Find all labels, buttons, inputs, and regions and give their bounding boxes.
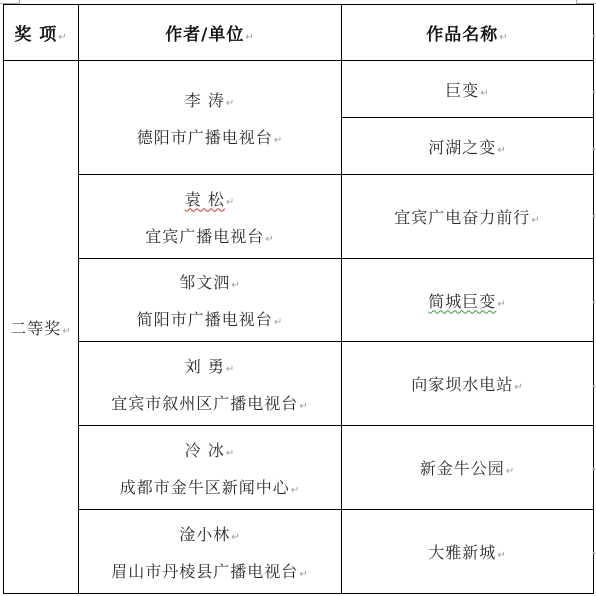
row-end-mark-icon: ↵ [592, 212, 596, 222]
table-row-author: 袁 松↵ 宜宾广播电视台↵ [79, 175, 341, 258]
table-row-work: 河湖之变↵ [342, 118, 593, 174]
paragraph-mark-icon: ↵ [226, 98, 235, 109]
table-row-work: 新金牛公园↵ [342, 426, 593, 509]
paragraph-mark-icon: ↵ [497, 550, 506, 561]
paragraph-mark-icon: ↵ [231, 280, 240, 291]
award-group-cell: 二等奖↵ [4, 61, 78, 593]
table-row-author: 冷 冰↵ 成都市金牛区新闻中心↵ [79, 426, 341, 509]
paragraph-mark-icon: ↵ [265, 234, 274, 245]
row-end-mark-icon: ↵ [592, 32, 596, 42]
table-border-bottom [3, 593, 594, 594]
header-award: 奖 项↵ [4, 5, 78, 60]
paragraph-mark-icon: ↵ [497, 299, 506, 310]
paragraph-mark-icon: ↵ [299, 569, 308, 580]
header-author-unit: 作者/单位↵ [79, 5, 341, 60]
table-row-work: 宜宾广电奋力前行↵ [342, 175, 593, 258]
paragraph-mark-icon: ↵ [514, 382, 523, 393]
table-row-author: 刘 勇↵ 宜宾市叙州区广播电视台↵ [79, 342, 341, 425]
paragraph-mark-icon: ↵ [299, 401, 308, 412]
table-row-author: 淦小林↵ 眉山市丹棱县广播电视台↵ [79, 510, 341, 593]
paragraph-mark-icon: ↵ [274, 317, 283, 328]
table-row-author: 邹文泗↵ 简阳市广播电视台↵ [79, 259, 341, 341]
paragraph-mark-icon: ↵ [497, 145, 506, 156]
paragraph-mark-icon: ↵ [499, 32, 508, 43]
paragraph-mark-icon: ↵ [226, 197, 235, 208]
row-end-mark-icon: ↵ [592, 88, 596, 98]
paragraph-mark-icon: ↵ [226, 448, 235, 459]
paragraph-mark-icon: ↵ [226, 364, 235, 375]
row-end-mark-icon: ↵ [592, 298, 596, 308]
row-end-mark-icon: ↵ [592, 382, 596, 392]
paragraph-mark-icon: ↵ [531, 215, 540, 226]
header-work-title: 作品名称↵ [342, 5, 593, 60]
paragraph-mark-icon: ↵ [231, 532, 240, 543]
paragraph-mark-icon: ↵ [480, 88, 489, 99]
row-end-mark-icon: ↵ [592, 145, 596, 155]
paragraph-mark-icon: ↵ [274, 135, 283, 146]
paragraph-mark-icon: ↵ [58, 32, 67, 43]
awards-table: 奖 项↵ 作者/单位↵ 作品名称↵ 二等奖↵ 李 涛↵ 德阳市广播电视台↵ 巨变… [3, 4, 594, 594]
paragraph-mark-icon: ↵ [245, 32, 254, 43]
table-row-work: 巨变↵ [342, 61, 593, 117]
row-end-mark-icon: ↵ [592, 465, 596, 475]
table-row-author: 李 涛↵ 德阳市广播电视台↵ [79, 61, 341, 174]
table-row-work: 大雅新城↵ [342, 510, 593, 593]
table-row-work: 简城巨变↵ [342, 259, 593, 341]
paragraph-mark-icon: ↵ [62, 326, 71, 337]
row-end-mark-icon: ↵ [592, 549, 596, 559]
table-row-work: 向家坝水电站↵ [342, 342, 593, 425]
paragraph-mark-icon: ↵ [291, 485, 300, 496]
paragraph-mark-icon: ↵ [506, 466, 515, 477]
